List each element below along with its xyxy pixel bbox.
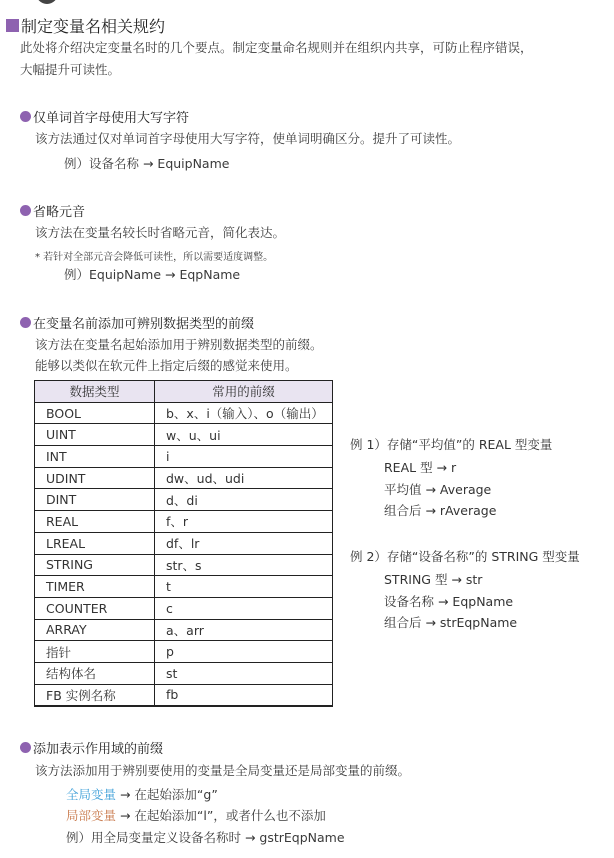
cell-prefix: fb (155, 684, 333, 706)
cell-prefix: p (155, 641, 333, 663)
cell-prefix: c (155, 597, 333, 619)
bullet-icon (20, 111, 31, 122)
page-tab-decoration (36, 0, 58, 4)
cell-prefix: dw、ud、udi (155, 467, 333, 489)
rule-4-example: 例）用全局变量定义设备名称时 → gstrEqpName (66, 827, 345, 849)
column-header-prefix: 常用的前缀 (155, 381, 333, 403)
local-variable-label: 局部变量 (66, 808, 116, 823)
cell-type: COUNTER (35, 597, 155, 619)
example-2-line-1: STRING 型 → str (384, 569, 482, 591)
global-variable-rule: → 在起始添加“g” (116, 787, 218, 802)
cell-prefix: df、lr (155, 532, 333, 554)
table-header-row: 数据类型 常用的前缀 (35, 381, 333, 403)
rule-4-desc: 该方法添加用于辨别要使用的变量是全局变量还是局部变量的前缀。 (35, 760, 410, 782)
rule-1-heading: 仅单词首字母使用大写字符 (20, 107, 189, 126)
cell-type: BOOL (35, 402, 155, 424)
rule-2-desc: 该方法在变量名较长时省略元音，简化表达。 (35, 222, 285, 244)
rule-4-global-line: 全局变量 → 在起始添加“g” (66, 784, 218, 806)
table-row: BOOLb、x、i（输入）、o（输出） (35, 402, 333, 424)
rule-1-example: 例）设备名称 → EquipName (64, 153, 229, 175)
cell-prefix: t (155, 576, 333, 598)
cell-prefix: a、arr (155, 619, 333, 641)
rule-2-example: 例）EquipName → EqpName (64, 264, 240, 286)
document-page: 制定变量名相关规约 此处将介绍决定变量名时的几个要点。制定变量命名规则并在组织内… (0, 0, 614, 858)
cell-type: STRING (35, 554, 155, 576)
rule-3-desc-1: 该方法在变量名起始添加用于辨别数据类型的前缀。 (35, 334, 323, 356)
example-1-line-1: REAL 型 → r (384, 457, 456, 479)
rule-3-heading: 在变量名前添加可辨别数据类型的前缀 (20, 313, 254, 332)
cell-prefix: str、s (155, 554, 333, 576)
rule-2-heading: 省略元音 (20, 201, 85, 220)
cell-type: 指针 (35, 641, 155, 663)
table-row: STRINGstr、s (35, 554, 333, 576)
section-title: 制定变量名相关规约 (6, 14, 165, 37)
table-row: REALf、r (35, 511, 333, 533)
bullet-icon (20, 317, 31, 328)
global-variable-label: 全局变量 (66, 787, 116, 802)
table-row: INTi (35, 446, 333, 468)
example-2-line-2: 设备名称 → EqpName (384, 591, 513, 613)
table-row: 结构体名st (35, 662, 333, 684)
cell-type: DINT (35, 489, 155, 511)
example-1-title: 例 1）存储“平均值”的 REAL 型变量 (350, 434, 552, 456)
rule-3-desc-2: 能够以类似在软元件上指定后缀的感觉来使用。 (35, 355, 298, 377)
rule-4-heading: 添加表示作用域的前缀 (20, 738, 163, 757)
table-row: UINTw、u、ui (35, 424, 333, 446)
table-row: LREALdf、lr (35, 532, 333, 554)
cell-type: TIMER (35, 576, 155, 598)
cell-prefix: i (155, 446, 333, 468)
bullet-icon (20, 205, 31, 216)
rule-2-note: * 若针对全部元音会降低可读性，所以需要适度调整。 (35, 248, 273, 263)
example-1-line-3: 组合后 → rAverage (384, 500, 496, 522)
cell-prefix: st (155, 662, 333, 684)
table-row: UDINTdw、ud、udi (35, 467, 333, 489)
cell-type: INT (35, 446, 155, 468)
local-variable-rule: → 在起始添加“l”，或者什么也不添加 (116, 808, 326, 823)
cell-prefix: f、r (155, 511, 333, 533)
cell-type: ARRAY (35, 619, 155, 641)
example-1-line-2: 平均值 → Average (384, 479, 491, 501)
prefix-table: 数据类型 常用的前缀 BOOLb、x、i（输入）、o（输出） UINTw、u、u… (34, 380, 333, 707)
bullet-icon (20, 742, 31, 753)
cell-prefix: b、x、i（输入）、o（输出） (155, 402, 333, 424)
rule-4-local-line: 局部变量 → 在起始添加“l”，或者什么也不添加 (66, 805, 326, 827)
cell-prefix: w、u、ui (155, 424, 333, 446)
cell-type: REAL (35, 511, 155, 533)
intro-line-1: 此处将介绍决定变量名时的几个要点。制定变量命名规则并在组织内共享，可防止程序错误… (20, 37, 533, 59)
table-row: ARRAYa、arr (35, 619, 333, 641)
example-2-title: 例 2）存储“设备名称”的 STRING 型变量 (350, 546, 580, 568)
intro-line-2: 大幅提升可读性。 (20, 59, 120, 81)
table-row: COUNTERc (35, 597, 333, 619)
table-row: DINTd、di (35, 489, 333, 511)
cell-prefix: d、di (155, 489, 333, 511)
rule-1-desc: 该方法通过仅对单词首字母使用大写字符，使单词明确区分。提升了可读性。 (35, 128, 460, 150)
cell-type: LREAL (35, 532, 155, 554)
table-row: FB 实例名称fb (35, 684, 333, 706)
purple-square-icon (6, 19, 19, 32)
table-row: 指针p (35, 641, 333, 663)
column-header-data-type: 数据类型 (35, 381, 155, 403)
cell-type: 结构体名 (35, 662, 155, 684)
cell-type: UDINT (35, 467, 155, 489)
cell-type: UINT (35, 424, 155, 446)
example-2-line-3: 组合后 → strEqpName (384, 612, 517, 634)
table-row: TIMERt (35, 576, 333, 598)
cell-type: FB 实例名称 (35, 684, 155, 706)
